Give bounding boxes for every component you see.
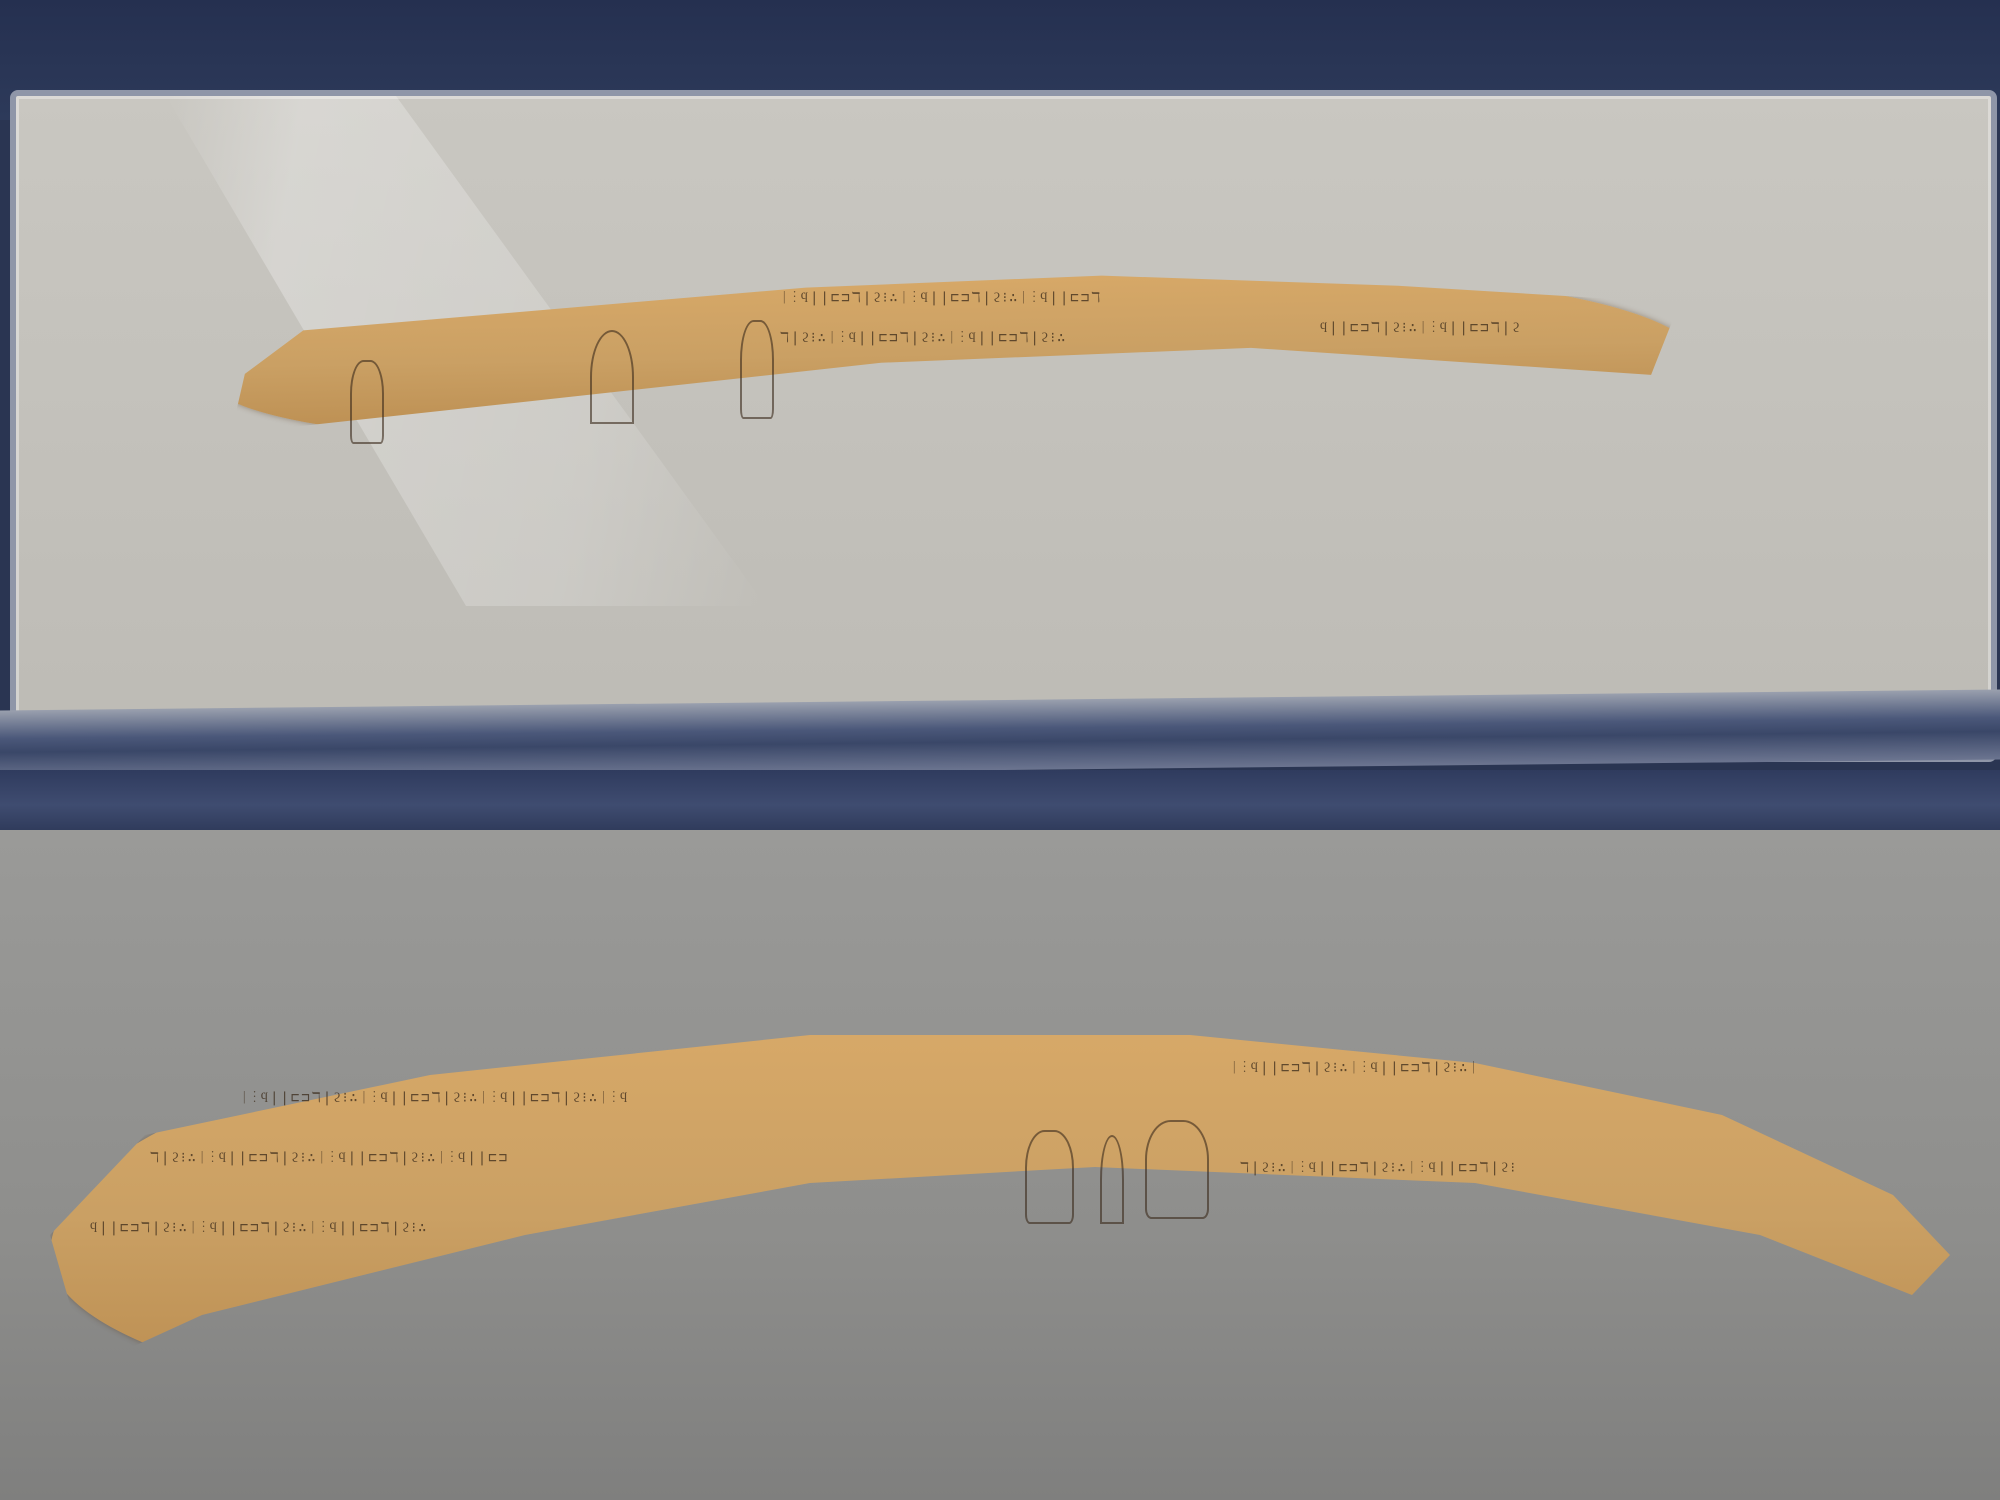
upper-script-line: ᛁ⁝ϥ∣∣⊏⊐ℸ∣ϩ⁝∴ᛁ⁝ϥ∣∣⊏⊐ℸ∣ϩ⁝∴ᛁ⁝ϥ∣∣⊏⊐ℸ	[780, 290, 1102, 307]
lower-script-line: ᛁ⁝ϥ∣∣⊏⊐ℸ∣ϩ⁝∴ᛁ⁝ϥ∣∣⊏⊐ℸ∣ϩ⁝∴ᛁ⁝ϥ∣∣⊏⊐ℸ∣ϩ⁝∴ᛁ⁝ϥ	[240, 1090, 629, 1107]
ankh-figure	[1100, 1135, 1124, 1224]
lower-script-line: ϥ∣∣⊏⊐ℸ∣ϩ⁝∴ᛁ⁝ϥ∣∣⊏⊐ℸ∣ϩ⁝∴ᛁ⁝ϥ∣∣⊏⊐ℸ∣ϩ⁝∴	[90, 1220, 428, 1237]
lower-script-line: ℸ∣ϩ⁝∴ᛁ⁝ϥ∣∣⊏⊐ℸ∣ϩ⁝∴ᛁ⁝ϥ∣∣⊏⊐ℸ∣ϩ⁝	[1240, 1160, 1517, 1177]
upper-script-line: ℸ∣ϩ⁝∴ᛁ⁝ϥ∣∣⊏⊐ℸ∣ϩ⁝∴ᛁ⁝ϥ∣∣⊏⊐ℸ∣ϩ⁝∴	[780, 330, 1067, 347]
upper-script-line: ϥ∣∣⊏⊐ℸ∣ϩ⁝∴ᛁ⁝ϥ∣∣⊏⊐ℸ∣ϩ	[1320, 320, 1522, 337]
vignette-figure	[350, 360, 384, 444]
lower-script-line: ᛁ⁝ϥ∣∣⊏⊐ℸ∣ϩ⁝∴ᛁ⁝ϥ∣∣⊏⊐ℸ∣ϩ⁝∴ᛁ	[1230, 1060, 1480, 1077]
sun-disk-figure	[590, 330, 634, 424]
lower-script-line: ℸ∣ϩ⁝∴ᛁ⁝ϥ∣∣⊏⊐ℸ∣ϩ⁝∴ᛁ⁝ϥ∣∣⊏⊐ℸ∣ϩ⁝∴ᛁ⁝ϥ∣∣⊏⊐	[150, 1150, 509, 1167]
seated-figure	[1145, 1120, 1209, 1219]
display-case-upper	[10, 90, 1997, 762]
vignette-figure	[1025, 1130, 1074, 1224]
vignette-figure	[740, 320, 774, 419]
